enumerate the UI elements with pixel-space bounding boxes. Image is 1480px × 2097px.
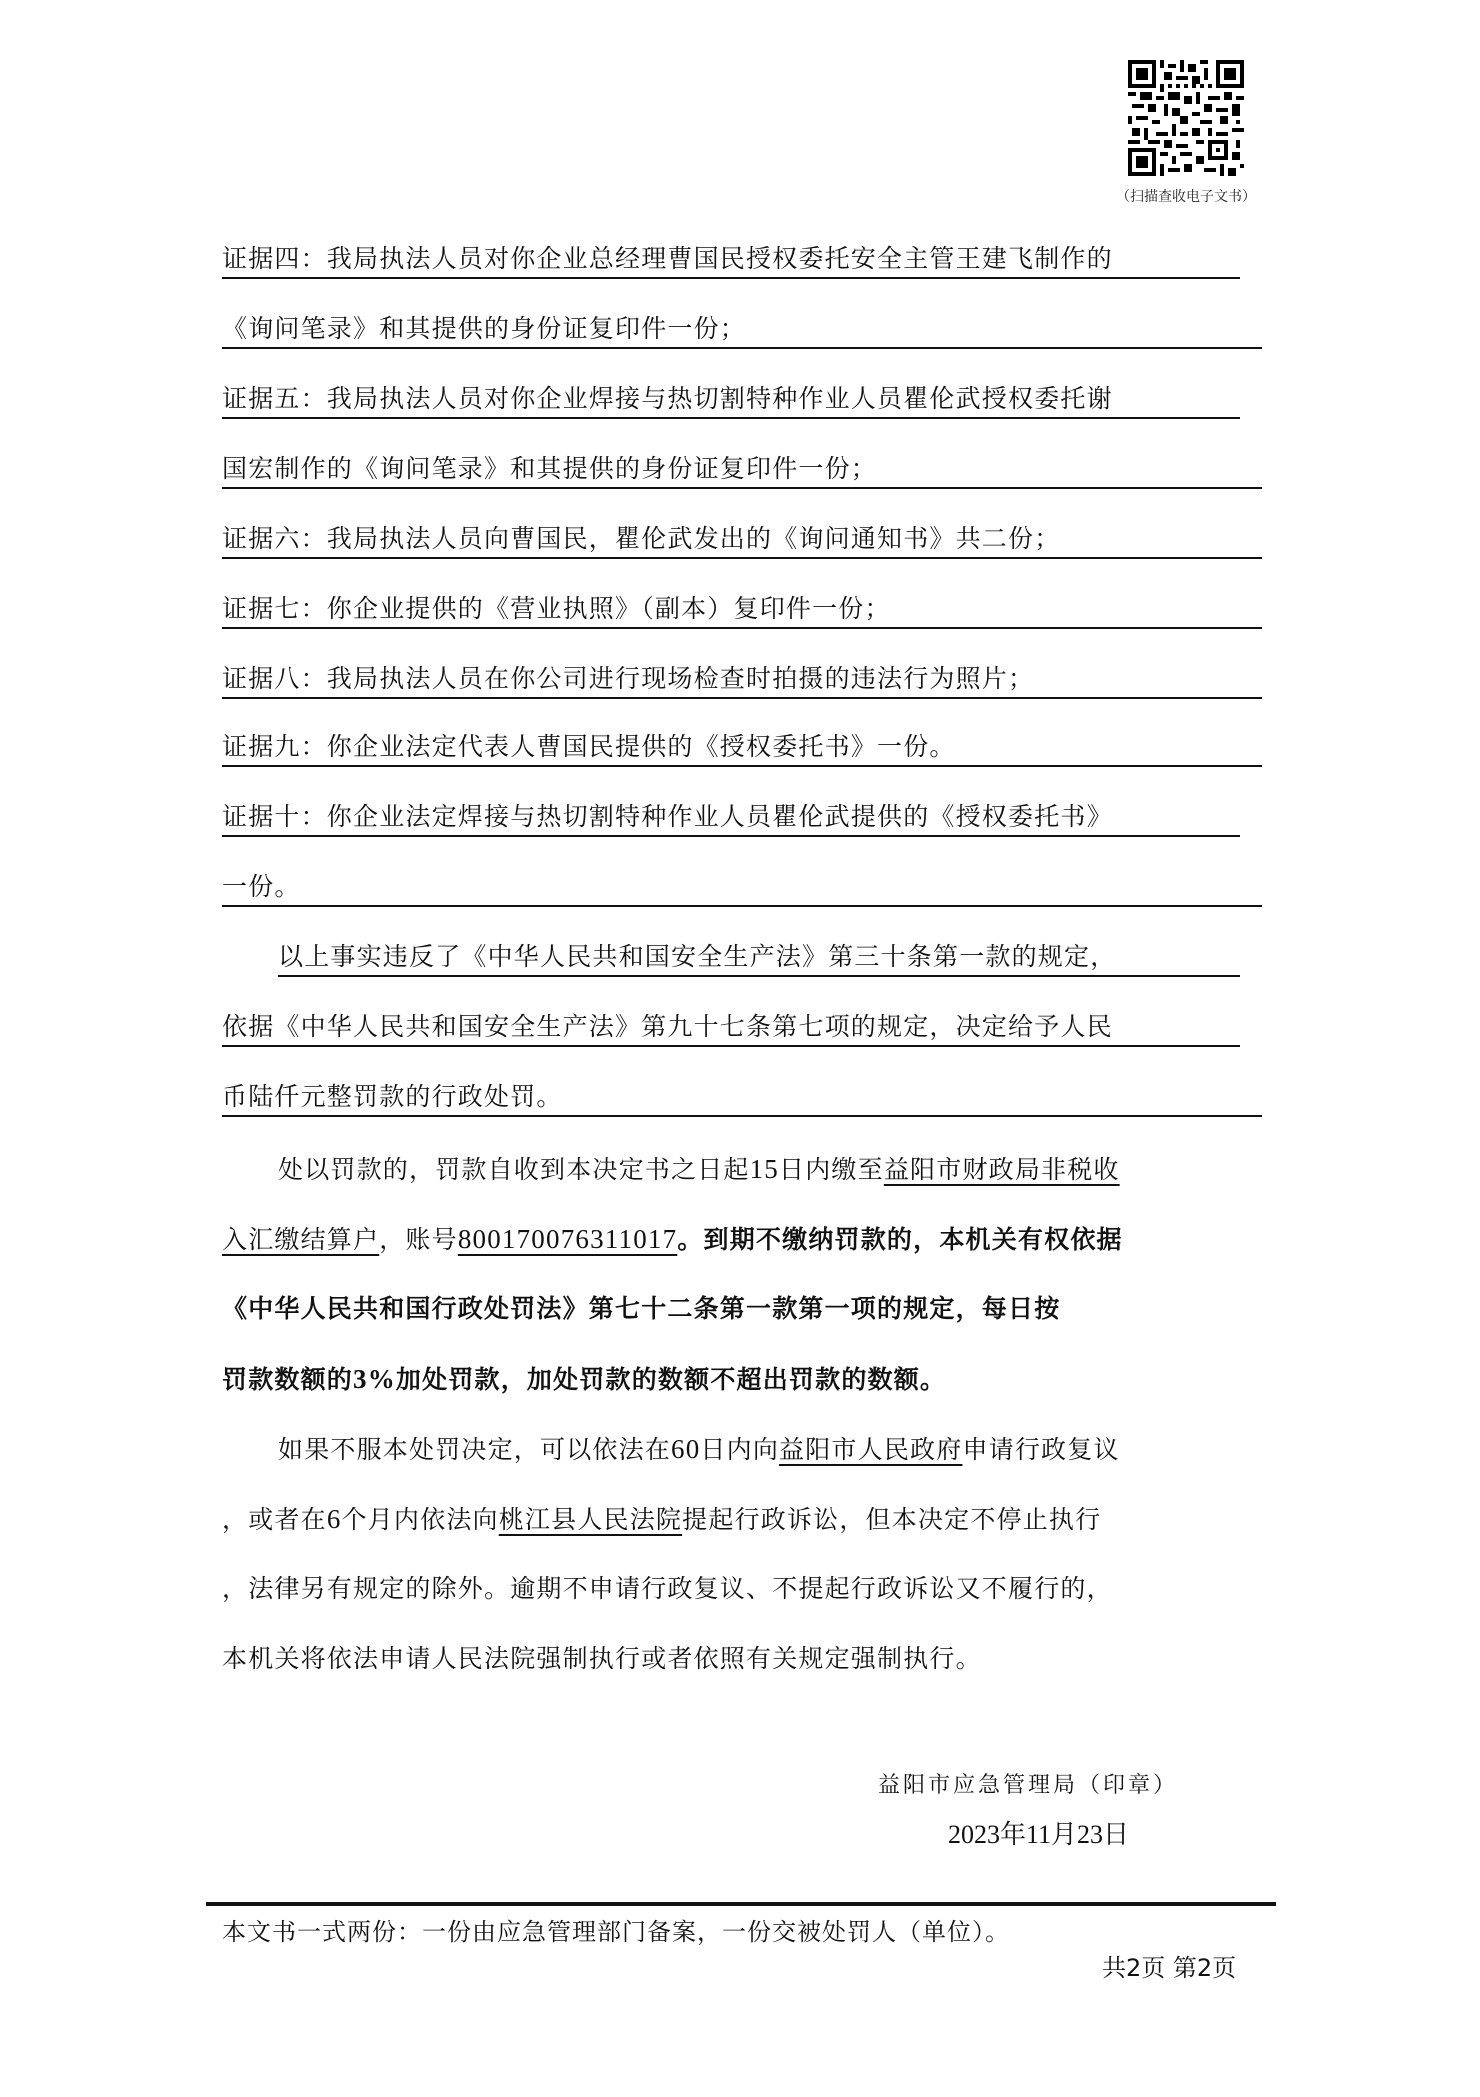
appeal-line-1: 如果不服本处罚决定，可以依法在60日内向益阳市人民政府申请行政复议 bbox=[278, 1432, 1120, 1466]
evidence-7-line-1: 证据七：你企业提供的《营业执照》（副本）复印件一份； bbox=[222, 592, 891, 626]
footer-divider bbox=[206, 1902, 1276, 1906]
appeal-text: 个月内依法向 bbox=[342, 1505, 499, 1534]
underline-rule bbox=[222, 627, 1262, 629]
appeal-line-2: ，或者在6个月内依法向桃江县人民法院提起行政诉讼，但本决定不停止执行 bbox=[222, 1502, 1101, 1536]
appeal-line-4: 本机关将依法申请人民法院强制执行或者依照有关规定强制执行。 bbox=[222, 1642, 982, 1676]
evidence-5-line-1: 证据五：我局执法人员对你企业焊接与热切割特种作业人员瞿伦武授权委托谢 bbox=[222, 382, 1113, 416]
payment-days: 15 bbox=[750, 1154, 779, 1184]
payment-account-name: 益阳市财政局非税收 bbox=[884, 1155, 1120, 1184]
decision-line-3: 币陆仟元整罚款的行政处罚。 bbox=[222, 1080, 563, 1114]
issue-date: 2023年11月23日 bbox=[948, 1814, 1129, 1851]
footer-note: 本文书一式两份：一份由应急管理部门备案，一份交被处罚人（单位）。 bbox=[222, 1912, 1010, 1947]
underline-rule bbox=[222, 835, 1240, 837]
appeal-text: 提起行政诉讼，但本决定不停止执行 bbox=[682, 1505, 1101, 1534]
late-penalty-text: 。到期不缴纳罚款的，本机关有权依据 bbox=[677, 1225, 1122, 1254]
appeal-text: ，或者在 bbox=[222, 1505, 327, 1534]
underline-rule bbox=[222, 697, 1262, 699]
court-name: 桃江县人民法院 bbox=[499, 1505, 682, 1534]
underline-rule bbox=[222, 277, 1240, 279]
qr-code-icon[interactable] bbox=[1128, 60, 1244, 176]
qr-code-block: （扫描查收电子文书） bbox=[1096, 50, 1276, 206]
account-number: 800170076311017 bbox=[458, 1224, 678, 1254]
issuer-seal: 益阳市应急管理局（印章） bbox=[878, 1768, 1178, 1799]
underline-rule bbox=[222, 487, 1262, 489]
penalty-rate: 3% bbox=[353, 1364, 396, 1394]
decision-line-2: 依据《中华人民共和国安全生产法》第九十七条第七项的规定，决定给予人民 bbox=[222, 1010, 1113, 1044]
lawsuit-months: 6 bbox=[327, 1504, 342, 1534]
payment-line-2: 入汇缴结算户，账号800170076311017。到期不缴纳罚款的，本机关有权依… bbox=[222, 1222, 1123, 1256]
late-penalty-text: 罚款数额的 bbox=[222, 1365, 353, 1394]
evidence-10-line-1: 证据十：你企业法定焊接与热切割特种作业人员瞿伦武提供的《授权委托书》 bbox=[222, 800, 1113, 834]
underline-rule bbox=[222, 905, 1262, 907]
evidence-9-line-1: 证据九：你企业法定代表人曹国民提供的《授权委托书》一份。 bbox=[222, 730, 956, 764]
underline-rule bbox=[222, 765, 1262, 767]
evidence-5-line-2: 国宏制作的《询问笔录》和其提供的身份证复印件一份； bbox=[222, 452, 877, 486]
appeal-text: 日内向 bbox=[700, 1435, 779, 1464]
underline-rule bbox=[222, 1115, 1262, 1117]
appeal-text: 如果不服本处罚决定，可以依法在 bbox=[278, 1435, 671, 1464]
late-penalty-text: 加处罚款，加处罚款的数额不超出罚款的数额。 bbox=[396, 1365, 946, 1394]
evidence-6-line-1: 证据六：我局执法人员向曹国民，瞿伦武发出的《询问通知书》共二份； bbox=[222, 522, 1060, 556]
payment-account-name: 入汇缴结算户 bbox=[222, 1225, 379, 1254]
review-body: 益阳市人民政府 bbox=[779, 1435, 962, 1464]
payment-text: 处以罚款的，罚款自收到本决定书之日起 bbox=[278, 1155, 750, 1184]
appeal-text: 申请行政复议 bbox=[962, 1435, 1119, 1464]
decision-line-1: 以上事实违反了《中华人民共和国安全生产法》第三十条第一款的规定， bbox=[278, 940, 1116, 974]
appeal-line-3: ，法律另有规定的除外。逾期不申请行政复议、不提起行政诉讼又不履行的， bbox=[222, 1572, 1113, 1606]
page-number: 共2页 第2页 bbox=[1102, 1948, 1236, 1983]
evidence-10-line-2: 一份。 bbox=[222, 870, 301, 904]
review-days: 60 bbox=[671, 1434, 700, 1464]
payment-line-1: 处以罚款的，罚款自收到本决定书之日起15日内缴至益阳市财政局非税收 bbox=[278, 1152, 1120, 1186]
evidence-4-line-1: 证据四：我局执法人员对你企业总经理曹国民授权委托安全主管王建飞制作的 bbox=[222, 242, 1113, 276]
payment-text: 日内缴至 bbox=[779, 1155, 884, 1184]
qr-caption: （扫描查收电子文书） bbox=[1096, 186, 1276, 206]
evidence-4-line-2: 《询问笔录》和其提供的身份证复印件一份； bbox=[222, 312, 746, 346]
underline-rule bbox=[222, 417, 1240, 419]
underline-rule bbox=[222, 347, 1262, 349]
payment-line-3: 《中华人民共和国行政处罚法》第七十二条第一款第一项的规定，每日按 bbox=[222, 1292, 1060, 1326]
underline-rule bbox=[278, 975, 1240, 977]
underline-rule bbox=[222, 557, 1262, 559]
payment-line-4: 罚款数额的3%加处罚款，加处罚款的数额不超出罚款的数额。 bbox=[222, 1362, 946, 1396]
underline-rule bbox=[222, 1045, 1240, 1047]
account-label: ，账号 bbox=[379, 1225, 458, 1254]
evidence-8-line-1: 证据八：我局执法人员在你公司进行现场检查时拍摄的违法行为照片； bbox=[222, 662, 1034, 696]
